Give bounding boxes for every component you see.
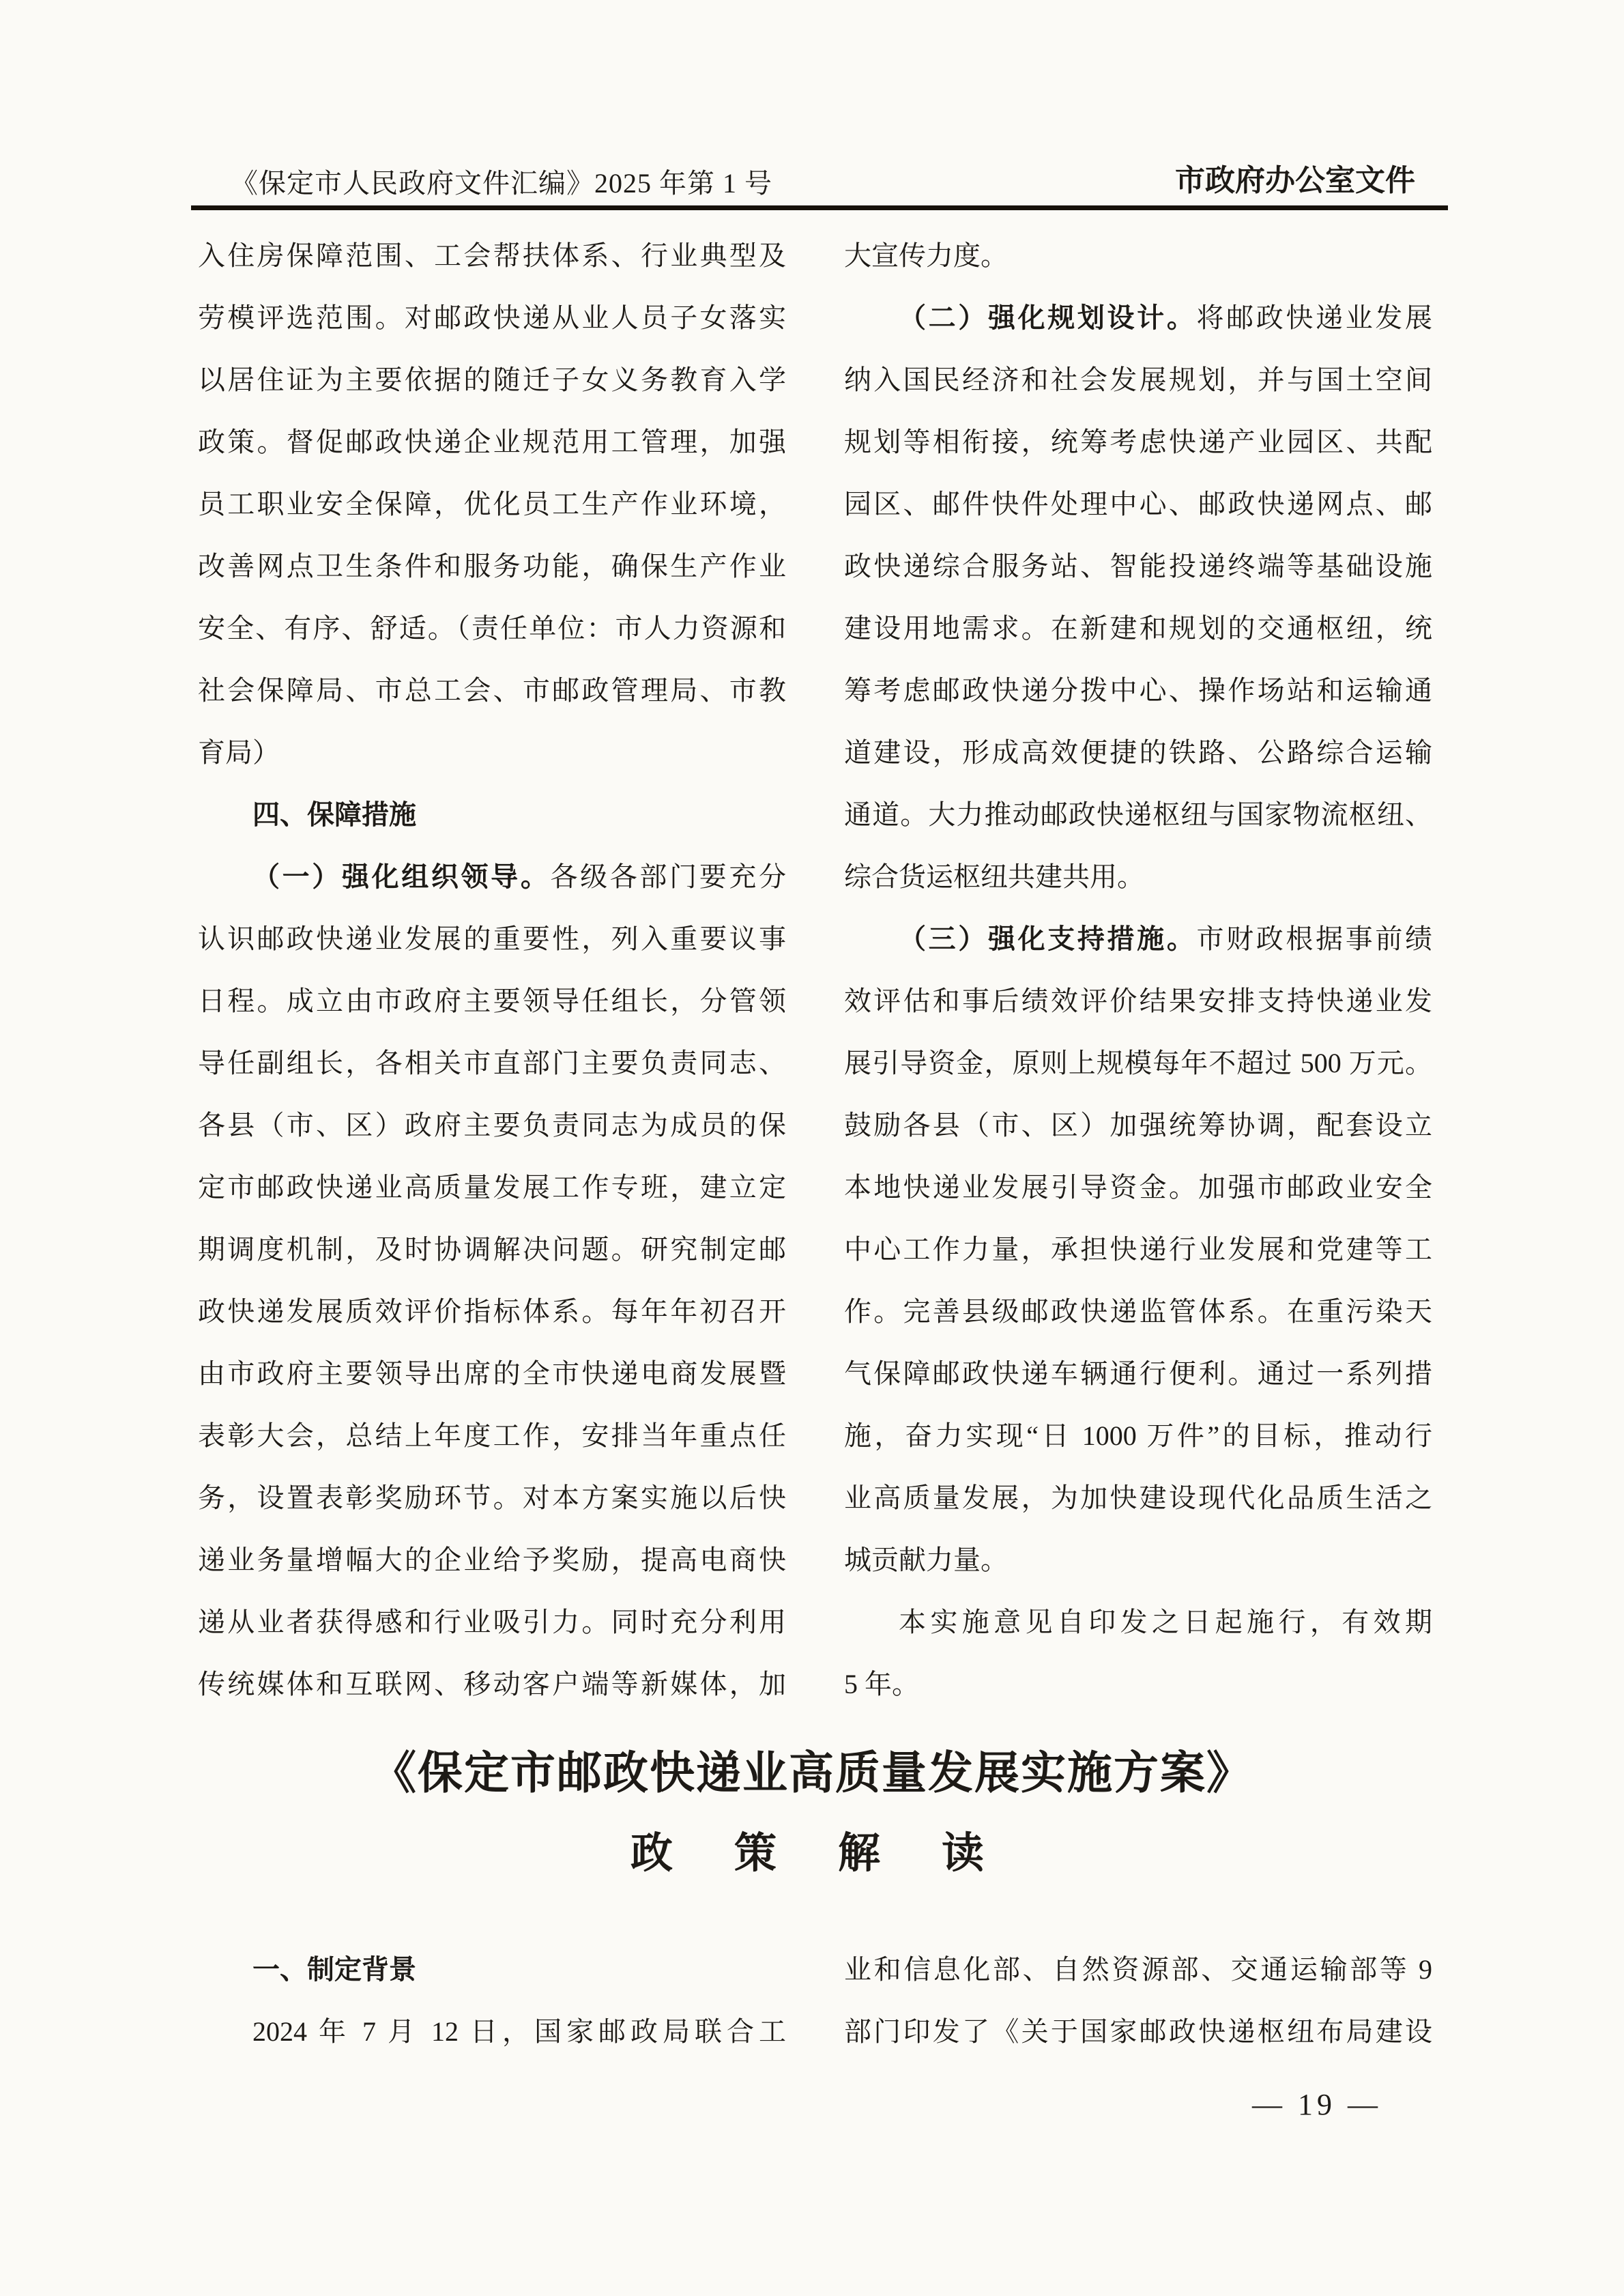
text-line: 入住房保障范围、工会帮扶体系、行业典型及 bbox=[198, 225, 786, 287]
text-line: 中心工作力量，承担快递行业发展和党建等工 bbox=[844, 1218, 1432, 1280]
section-heading-background: 一、制定背景 bbox=[198, 1938, 786, 2000]
text-line: 业和信息化部、自然资源部、交通运输部等 9 bbox=[844, 1938, 1432, 2000]
text-line: 综合货运枢纽共建共用。 bbox=[844, 846, 1432, 908]
text-line: 本实施意见自印发之日起施行，有效期 bbox=[844, 1591, 1432, 1653]
text-line: 通道。大力推动邮政快递枢纽与国家物流枢纽、 bbox=[844, 784, 1432, 846]
text-line: （一）强化组织领导。各级各部门要充分 bbox=[198, 846, 786, 908]
document-page: 《保定市人民政府文件汇编》2025 年第 1 号 市政府办公室文件 入住房保障范… bbox=[0, 0, 1624, 2296]
text-line: 部门印发了《关于国家邮政快递枢纽布局建设 bbox=[844, 2000, 1432, 2063]
text-line: 大宣传力度。 bbox=[844, 225, 1432, 287]
text-line: 务，设置表彰奖励环节。对本方案实施以后快 bbox=[198, 1467, 786, 1529]
text-line: 劳模评选范围。对邮政快递从业人员子女落实 bbox=[198, 287, 786, 349]
section-heading-safeguards: 四、保障措施 bbox=[198, 784, 786, 846]
page-number: — 19 — bbox=[1191, 2087, 1443, 2123]
text-line: 递从业者获得感和行业吸引力。同时充分利用 bbox=[198, 1591, 786, 1653]
text-line: 定市邮政快递业高质量发展工作专班，建立定 bbox=[198, 1156, 786, 1218]
text-line: 育局） bbox=[198, 721, 786, 784]
text-line: 员工职业安全保障，优化员工生产作业环境， bbox=[198, 473, 786, 535]
text-line: 日程。成立由市政府主要领导任组长，分管领 bbox=[198, 970, 786, 1032]
text-line: 本地快递业发展引导资金。加强市邮政业安全 bbox=[844, 1156, 1432, 1218]
text-line: 鼓励各县（市、区）加强统筹协调，配套设立 bbox=[844, 1094, 1432, 1156]
text-line: 展引导资金，原则上规模每年不超过 500 万元。 bbox=[844, 1032, 1432, 1094]
text-line: 2024 年 7 月 12 日，国家邮政局联合工 bbox=[198, 2000, 786, 2063]
text-line: 道建设，形成高效便捷的铁路、公路综合运输 bbox=[844, 721, 1432, 784]
bottom-column-left: 一、制定背景 2024 年 7 月 12 日，国家邮政局联合工 bbox=[198, 1938, 786, 2063]
text-line: 递业务量增幅大的企业给予奖励，提高电商快 bbox=[198, 1529, 786, 1591]
text-column-left: 入住房保障范围、工会帮扶体系、行业典型及 劳模评选范围。对邮政快递从业人员子女落… bbox=[198, 225, 786, 1715]
text-line: 由市政府主要领导出席的全市快递电商发展暨 bbox=[198, 1343, 786, 1405]
text-line: （二）强化规划设计。将邮政快递业发展 bbox=[844, 287, 1432, 349]
text-line: 作。完善县级邮政快递监管体系。在重污染天 bbox=[844, 1280, 1432, 1343]
text-line: 表彰大会，总结上年度工作，安排当年重点任 bbox=[198, 1405, 786, 1467]
text-line: 筹考虑邮政快递分拨中心、操作场站和运输通 bbox=[844, 659, 1432, 721]
text-line: 施，奋力实现“日 1000 万件”的目标，推动行 bbox=[844, 1405, 1432, 1467]
text-line: 导任副组长，各相关市直部门主要负责同志、 bbox=[198, 1032, 786, 1094]
text-column-right: 大宣传力度。 （二）强化规划设计。将邮政快递业发展 纳入国民经济和社会发展规划，… bbox=[844, 225, 1432, 1715]
text-line: 安全、有序、舒适。（责任单位：市人力资源和 bbox=[198, 597, 786, 659]
text-line: 改善网点卫生条件和服务功能，确保生产作业 bbox=[198, 535, 786, 597]
header-rule bbox=[191, 205, 1448, 210]
text-line: 业高质量发展，为加快建设现代化品质生活之 bbox=[844, 1467, 1432, 1529]
text-line: （三）强化支持措施。市财政根据事前绩 bbox=[844, 908, 1432, 970]
text-line: 认识邮政快递业发展的重要性，列入重要议事 bbox=[198, 908, 786, 970]
text-line: 园区、邮件快件处理中心、邮政快递网点、邮 bbox=[844, 473, 1432, 535]
policy-title: 《保定市邮政快递业高质量发展实施方案》 bbox=[0, 1745, 1624, 1803]
text-line: 5 年。 bbox=[844, 1653, 1432, 1715]
text-line: 规划等相衔接，统筹考虑快递产业园区、共配 bbox=[844, 411, 1432, 473]
text-line: 政策。督促邮政快递企业规范用工管理，加强 bbox=[198, 411, 786, 473]
text-line: 建设用地需求。在新建和规划的交通枢纽，统 bbox=[844, 597, 1432, 659]
text-line: 气保障邮政快递车辆通行便利。通过一系列措 bbox=[844, 1343, 1432, 1405]
text-line: 城贡献力量。 bbox=[844, 1529, 1432, 1591]
text-line: 期调度机制，及时协调解决问题。研究制定邮 bbox=[198, 1218, 786, 1280]
text-line: 纳入国民经济和社会发展规划，并与国土空间 bbox=[844, 349, 1432, 411]
text-line: 各县（市、区）政府主要负责同志为成员的保 bbox=[198, 1094, 786, 1156]
text-line: 效评估和事后绩效评价结果安排支持快递业发 bbox=[844, 970, 1432, 1032]
text-line: 政快递综合服务站、智能投递终端等基础设施 bbox=[844, 535, 1432, 597]
text-line: 以居住证为主要依据的随迁子女义务教育入学 bbox=[198, 349, 786, 411]
bottom-column-right: 业和信息化部、自然资源部、交通运输部等 9 部门印发了《关于国家邮政快递枢纽布局… bbox=[844, 1938, 1432, 2063]
header-publication-title: 《保定市人民政府文件汇编》2025 年第 1 号 bbox=[231, 168, 772, 199]
header-document-category: 市政府办公室文件 bbox=[1175, 164, 1415, 198]
text-line: 政快递发展质效评价指标体系。每年年初召开 bbox=[198, 1280, 786, 1343]
text-line: 社会保障局、市总工会、市邮政管理局、市教 bbox=[198, 659, 786, 721]
policy-interpretation-title: 政 策 解 读 bbox=[0, 1822, 1624, 1885]
text-line: 传统媒体和互联网、移动客户端等新媒体，加 bbox=[198, 1653, 786, 1715]
